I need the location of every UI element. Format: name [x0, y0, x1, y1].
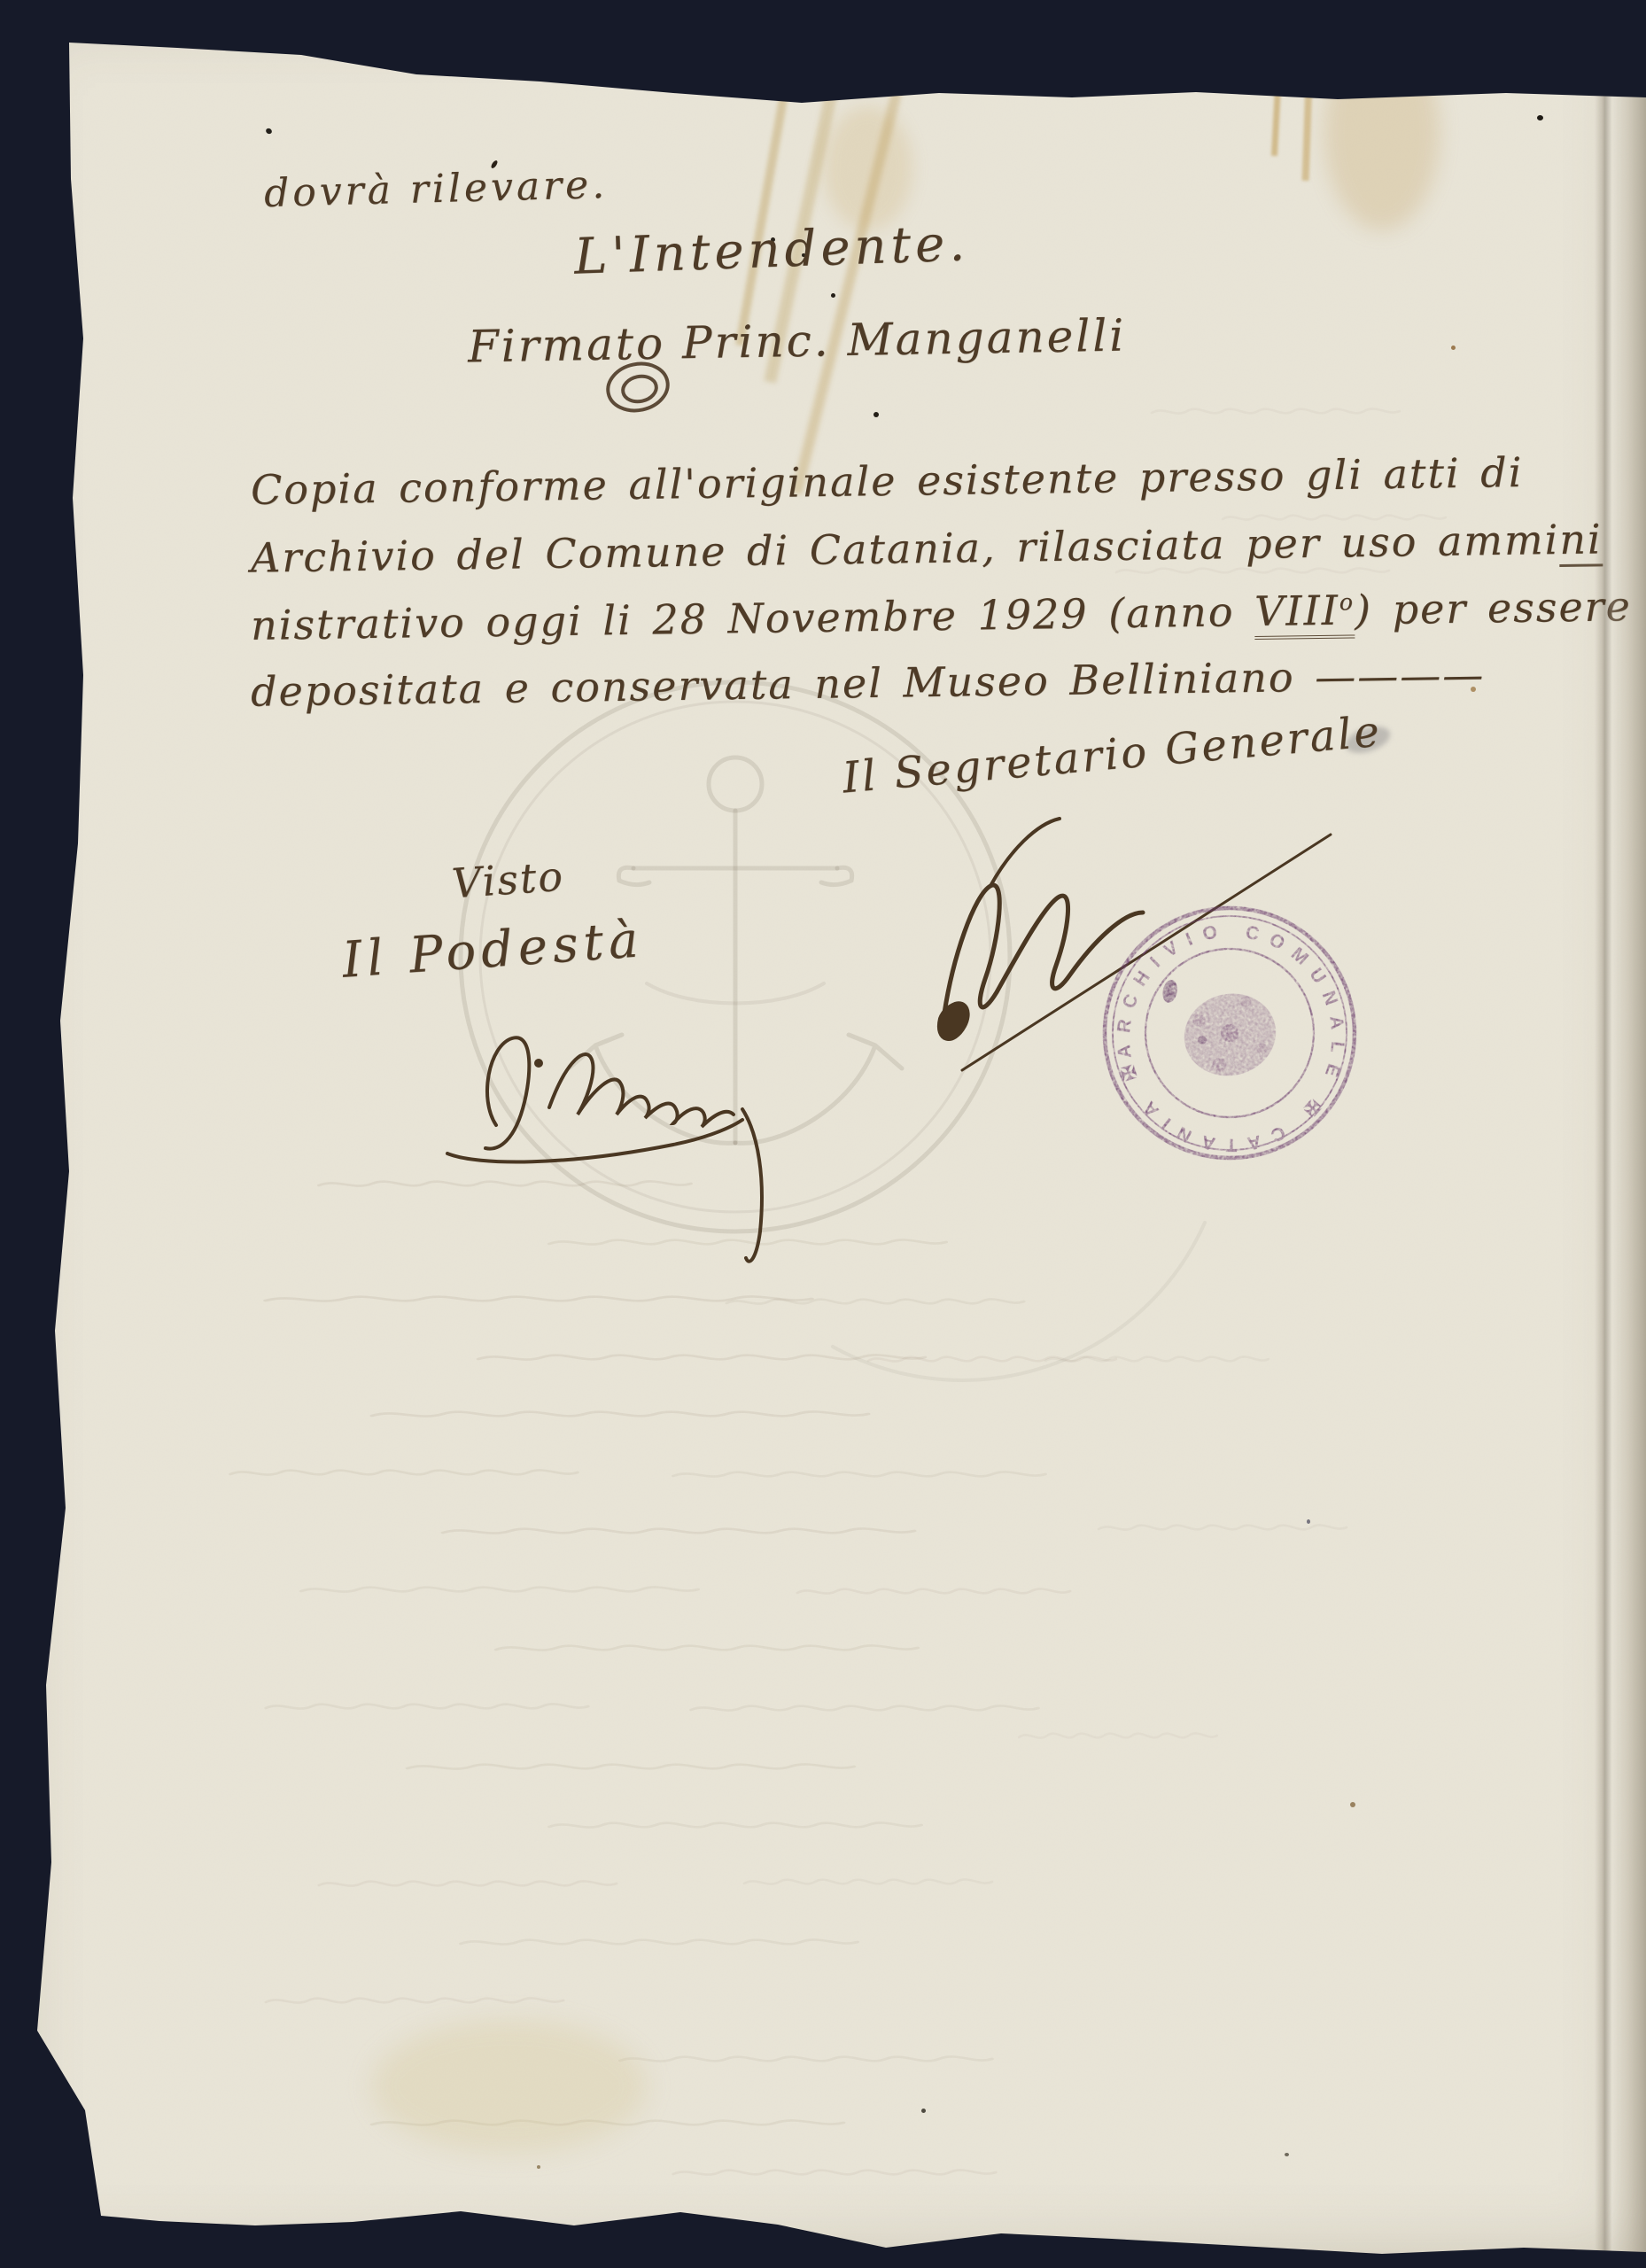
- handwritten-note-top: dovrà rilevare.: [263, 162, 608, 216]
- body-line-3: nistrativo oggi li 28 Novembre 1929 (ann…: [251, 582, 1632, 649]
- fold-crease: [1595, 92, 1646, 2254]
- foxing-speck: [921, 2109, 926, 2113]
- foxing-speck: [873, 412, 879, 417]
- segretario-signature: [904, 797, 1364, 1099]
- body-line-2-underlined: ni: [1559, 515, 1603, 567]
- foxing-speck: [1451, 346, 1456, 350]
- body-line-2-text: Archivio del Comune di Catania, rilascia…: [251, 516, 1560, 582]
- stamp-rim-text: ARCHIVIO COMUNALE ✠ CATANIA ✠: [1097, 900, 1363, 1166]
- foxing-speck: [1350, 1802, 1355, 1807]
- body-line-3-text: nistrativo oggi li 28 Novembre 1929 (ann…: [251, 587, 1255, 649]
- body-line-2: Archivio del Comune di Catania, rilascia…: [251, 515, 1603, 581]
- drip-stain: [735, 82, 790, 346]
- podesta-signature: [425, 1001, 797, 1285]
- foxing-speck: [71, 2181, 82, 2192]
- body-line-4: depositata e conservata nel Museo Bellin…: [251, 650, 1486, 715]
- corner-stain: [1302, 57, 1314, 181]
- segretario-title-line: Il Segretario Generale: [841, 706, 1384, 803]
- foxing-speck: [265, 128, 273, 136]
- intendente-title-line: L'Intendente.: [573, 214, 970, 286]
- foxing-speck: [537, 2165, 540, 2169]
- foxing-speck: [1537, 115, 1543, 120]
- foxing-speck: [1285, 2153, 1289, 2156]
- drip-stain: [791, 89, 902, 495]
- paper-sheet: dovrà rilevare. L'Intendente. Firmato Pr…: [0, 0, 1646, 2268]
- scanned-document-page: dovrà rilevare. L'Intendente. Firmato Pr…: [0, 0, 1646, 2268]
- podesta-title-line: Il Podestà: [340, 911, 645, 990]
- foxing-speck: [1307, 1519, 1310, 1524]
- bottom-stain: [372, 2020, 647, 2153]
- visto-line: Visto: [450, 852, 565, 908]
- anno-ordinal: o: [1339, 589, 1355, 615]
- corner-stain: [1324, 35, 1440, 230]
- foxing-speck: [831, 293, 835, 298]
- corner-stain: [1271, 51, 1283, 156]
- archive-round-stamp: ARCHIVIO COMUNALE ✠ CATANIA ✠: [1097, 900, 1363, 1166]
- body-line-3-tail: ) per essere: [1355, 582, 1632, 633]
- firmato-line: Firmato Princ. Manganelli: [468, 310, 1127, 373]
- svg-text:ARCHIVIO COMUNALE ✠ CATANIA ✠: ARCHIVIO COMUNALE ✠ CATANIA ✠: [1097, 900, 1363, 1166]
- anno-numeral: VIIIo: [1254, 586, 1355, 640]
- body-line-1: Copia conforme all'originale esistente p…: [251, 448, 1524, 514]
- drip-stain: [824, 106, 912, 230]
